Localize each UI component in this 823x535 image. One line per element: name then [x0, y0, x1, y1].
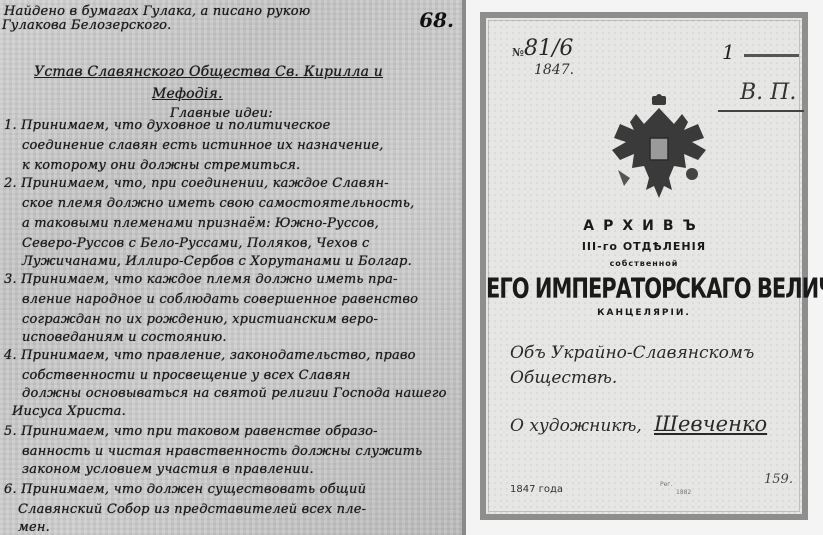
sheet-count: 159. [764, 472, 793, 487]
manuscript-line: исповеданиям и состоянию. [22, 330, 227, 345]
stamp-text-b: 1882 [676, 489, 691, 496]
manuscript-line: законом условием участия в правлении. [22, 462, 314, 477]
handwritten-manuscript-page: 68. Найдено в бумагах Гулака, а писано р… [0, 0, 462, 535]
file-number: 81/6 [524, 36, 573, 61]
manuscript-line: 4. Принимаем, что правление, законодател… [4, 348, 416, 363]
manuscript-line: собственности и просвещение у всех Славя… [22, 368, 351, 383]
subject-line-1: Объ Украйно-Славянскомъ [510, 343, 754, 363]
chancellery-title: КАНЦЕЛЯРІИ. [486, 308, 802, 318]
double-headed-eagle-icon [604, 94, 714, 204]
subject-line-2: Обществѣ. [510, 368, 617, 388]
manuscript-line: ванность и чистая нравственность должны … [22, 444, 422, 459]
own-subtitle: собственной [486, 259, 802, 268]
manuscript-line: вление народное и соблюдать совершенное … [22, 292, 418, 307]
part-number: 1 [722, 40, 735, 64]
bottom-year: 1847 года [510, 484, 563, 495]
manuscript-line: а таковыми племенами признаём: Южно-Русс… [22, 216, 379, 231]
subject-line-3: О художникѣ, [510, 416, 642, 436]
manuscript-line: 2. Принимаем, что, при соединении, каждо… [4, 176, 389, 191]
department-title: III-го ОТДѢЛЕНІЯ [486, 240, 802, 253]
initials: В. П. [740, 80, 796, 105]
manuscript-line: мен. [18, 520, 50, 535]
manuscript-line: Гулакова Белозерского. [2, 18, 171, 33]
file-number-label: № [512, 46, 524, 59]
manuscript-line: ское племя должно иметь свою самостоятел… [22, 196, 415, 211]
manuscript-line: Устав Славянского Общества Св. Кирилла и [34, 64, 383, 80]
manuscript-line: Иисуса Христа. [12, 404, 126, 419]
manuscript-line: Славянский Собор из представителей всех … [18, 502, 366, 517]
initials-underline [718, 110, 804, 112]
manuscript-line: сограждан по их рождению, христианским в… [22, 312, 378, 327]
file-year: 1847. [534, 62, 574, 78]
archive-cover-page: № 81/6 1847. 1 В. П. АРХИВЪ III-го ОТДѢЛ… [466, 0, 823, 535]
majesty-heading: ЕГО ИМПЕРАТОРСКАГО ВЕЛИЧЕСТВА [486, 273, 802, 304]
manuscript-line: 6. Принимаем, что должен существовать об… [4, 482, 366, 497]
manuscript-line: Найдено в бумагах Гулака, а писано рукою [4, 4, 310, 19]
manuscript-line: Мефодія. [152, 86, 223, 102]
archive-title: АРХИВЪ [486, 218, 802, 234]
part-underline [744, 54, 799, 57]
manuscript-line: 5. Принимаем, что при таковом равенстве … [4, 424, 378, 439]
manuscript-line: должны основываться на святой религии Го… [22, 386, 447, 401]
stamp-text-a: Рег. [660, 481, 672, 488]
manuscript-line: к которому они должны стремиться. [22, 158, 300, 173]
manuscript-line: 1. Принимаем, что духовное и политическо… [4, 118, 330, 133]
archive-cover-frame: № 81/6 1847. 1 В. П. АРХИВЪ III-го ОТДѢЛ… [480, 12, 808, 520]
page-number: 68. [419, 8, 454, 32]
manuscript-line: 3. Принимаем, что каждое племя должно им… [4, 272, 398, 287]
subject-name: Шевченко [654, 412, 767, 436]
manuscript-line: соединение славян есть истинное их назна… [22, 138, 384, 153]
manuscript-line: Лужичанами, Иллиро-Сербов с Хорутанами и… [22, 254, 412, 269]
manuscript-line: Северо-Руссов с Бело-Руссами, Поляков, Ч… [22, 236, 370, 251]
